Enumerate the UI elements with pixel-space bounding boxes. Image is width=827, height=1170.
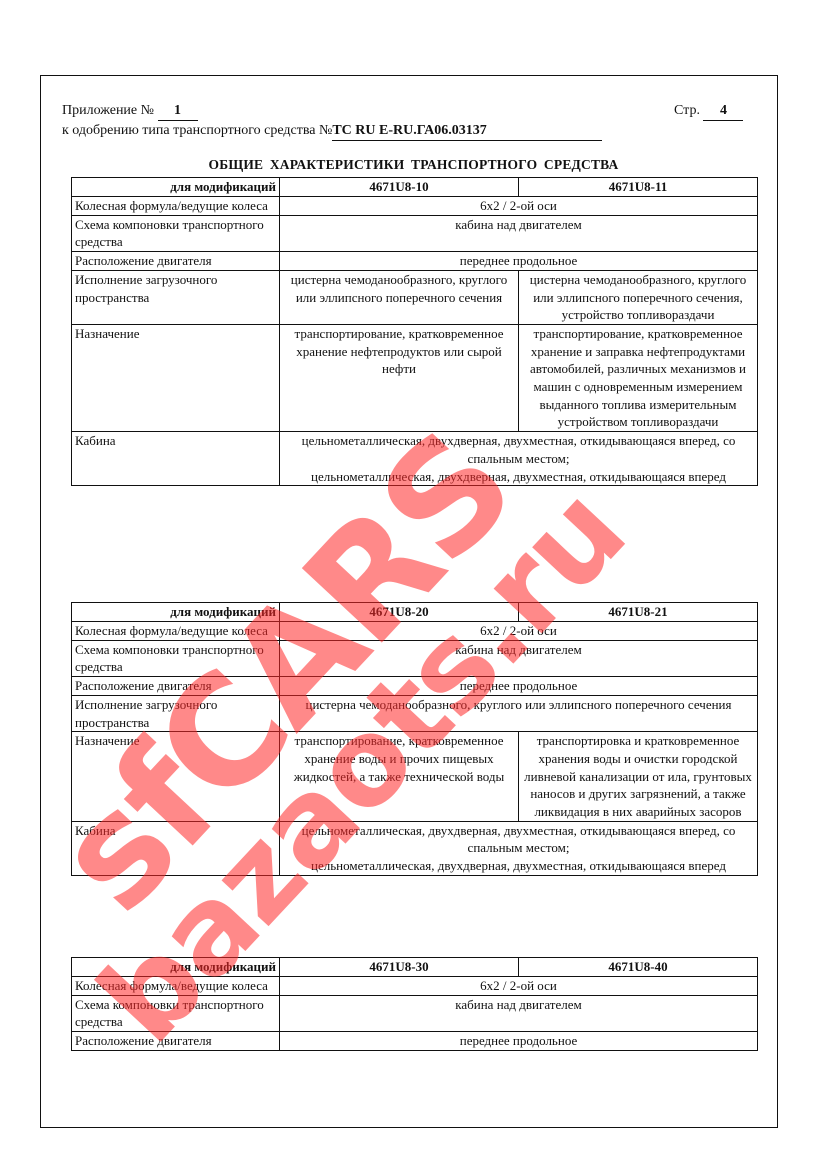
row-label: Расположение двигателя [72,1032,280,1051]
row-value: цельнометаллическая, двухдверная, двухме… [280,432,758,486]
modification-name: 4671U8-11 [519,178,758,197]
row-value: переднее продольное [280,677,758,696]
row-value: переднее продольное [280,1032,758,1051]
modification-name: 4671U8-20 [280,603,519,622]
row-value: цистерна чемоданообразного, круглого или… [280,695,758,731]
spec-table-2: для модификаций 4671U8-20 4671U8-21 Коле… [71,602,758,876]
page-number-line: Стр. 4 [674,102,743,121]
page-number: 4 [703,102,743,121]
table-row: Схема компоновки транспортного средства … [72,995,758,1031]
table-row: Кабина цельнометаллическая, двухдверная,… [72,821,758,875]
row-value: кабина над двигателем [280,215,758,251]
cab-option: цельнометаллическая, двухдверная, двухме… [283,432,754,467]
row-value: переднее продольное [280,252,758,271]
table-row: Колесная формула/ведущие колеса 6x2 / 2-… [72,977,758,996]
approval-number: ТС RU E-RU.ГА06.03137 [332,122,602,141]
row-label: Колесная формула/ведущие колеса [72,622,280,641]
spec-table-1: для модификаций 4671U8-10 4671U8-11 Коле… [71,177,758,486]
row-label: Исполнение загрузочного пространства [72,270,280,324]
cab-option: цельнометаллическая, двухдверная, двухме… [283,857,754,875]
row-label: Схема компоновки транспортного средства [72,640,280,676]
table-row: Назначение транспортирование, кратковрем… [72,324,758,431]
modification-name: 4671U8-10 [280,178,519,197]
modification-name: 4671U8-21 [519,603,758,622]
modification-name: 4671U8-40 [519,958,758,977]
table-row: Колесная формула/ведущие колеса 6x2 / 2-… [72,197,758,216]
appendix-line: Приложение № 1 [62,102,198,121]
row-value: кабина над двигателем [280,640,758,676]
appendix-number: 1 [158,102,198,121]
row-value: цистерна чемоданообразного, круглого или… [519,270,758,324]
spec-table-3: для модификаций 4671U8-30 4671U8-40 Коле… [71,957,758,1051]
row-value: 6x2 / 2-ой оси [280,977,758,996]
modifications-label: для модификаций [72,958,280,977]
table-row: Назначение транспортирование, кратковрем… [72,732,758,822]
approval-line: к одобрению типа транспортного средства … [62,122,602,141]
row-value: цельнометаллическая, двухдверная, двухме… [280,821,758,875]
row-value: 6x2 / 2-ой оси [280,197,758,216]
table-header-row: для модификаций 4671U8-30 4671U8-40 [72,958,758,977]
modifications-label: для модификаций [72,603,280,622]
table-row: Расположение двигателя переднее продольн… [72,252,758,271]
row-value: транспортировка и кратковременное хранен… [519,732,758,822]
document-title: ОБЩИЕ ХАРАКТЕРИСТИКИ ТРАНСПОРТНОГО СРЕДС… [0,157,827,173]
row-value: цистерна чемоданообразного, круглого или… [280,270,519,324]
table-row: Исполнение загрузочного пространства цис… [72,270,758,324]
row-label: Исполнение загрузочного пространства [72,695,280,731]
table-row: Схема компоновки транспортного средства … [72,215,758,251]
table-row: Схема компоновки транспортного средства … [72,640,758,676]
table-row: Расположение двигателя переднее продольн… [72,1032,758,1051]
cab-option: цельнометаллическая, двухдверная, двухме… [283,822,754,857]
row-label: Кабина [72,821,280,875]
row-value: транспортирование, кратковременное хране… [519,324,758,431]
row-label: Назначение [72,732,280,822]
row-label: Кабина [72,432,280,486]
cab-option: цельнометаллическая, двухдверная, двухме… [283,468,754,486]
page-label: Стр. [674,103,700,118]
row-label: Схема компоновки транспортного средства [72,995,280,1031]
row-label: Схема компоновки транспортного средства [72,215,280,251]
row-label: Назначение [72,324,280,431]
row-label: Расположение двигателя [72,677,280,696]
table-row: Расположение двигателя переднее продольн… [72,677,758,696]
table-row: Исполнение загрузочного пространства цис… [72,695,758,731]
table-row: Кабина цельнометаллическая, двухдверная,… [72,432,758,486]
appendix-label: Приложение № [62,103,154,118]
row-value: кабина над двигателем [280,995,758,1031]
row-label: Колесная формула/ведущие колеса [72,977,280,996]
table-header-row: для модификаций 4671U8-10 4671U8-11 [72,178,758,197]
modifications-label: для модификаций [72,178,280,197]
approval-label: к одобрению типа транспортного средства … [62,123,332,138]
row-value: транспортирование, кратковременное хране… [280,324,519,431]
table-header-row: для модификаций 4671U8-20 4671U8-21 [72,603,758,622]
table-row: Колесная формула/ведущие колеса 6x2 / 2-… [72,622,758,641]
row-label: Расположение двигателя [72,252,280,271]
modification-name: 4671U8-30 [280,958,519,977]
row-label: Колесная формула/ведущие колеса [72,197,280,216]
row-value: транспортирование, кратковременное хране… [280,732,519,822]
row-value: 6x2 / 2-ой оси [280,622,758,641]
